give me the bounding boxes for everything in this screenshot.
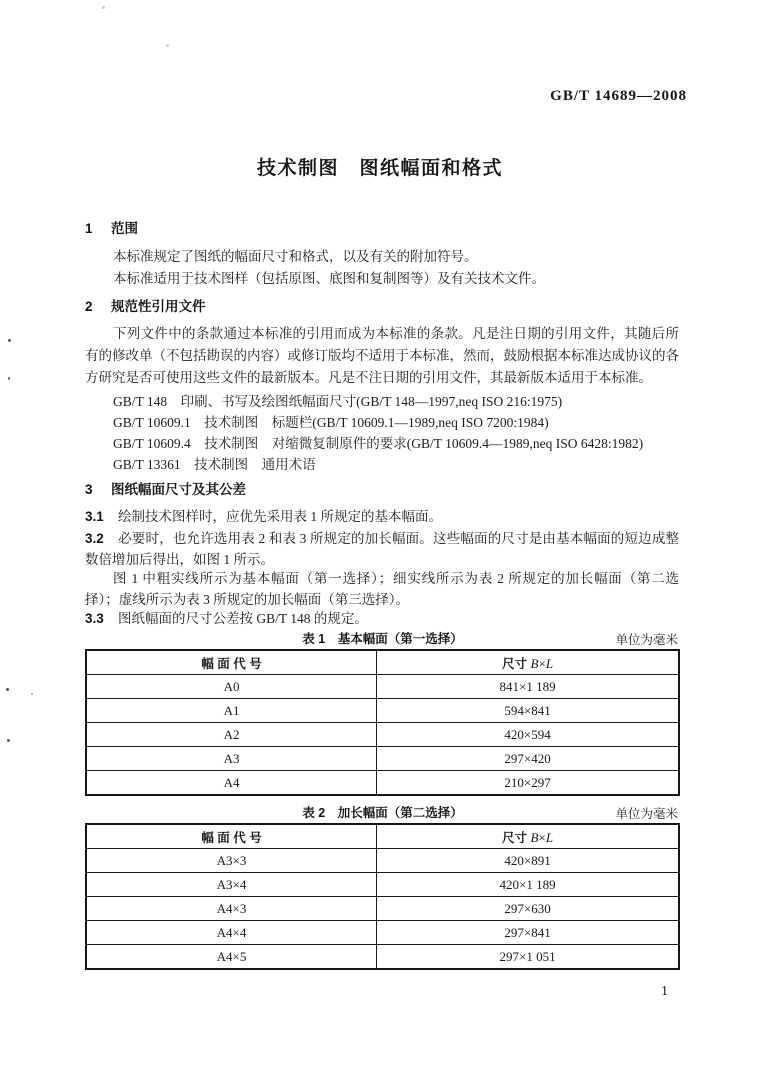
- section-1-number: 1: [85, 221, 111, 236]
- format-code-cell: A3×4: [86, 873, 377, 897]
- section-3-number: 3: [85, 482, 111, 497]
- clause-3-2: 3.2必要时，也允许选用表 2 和表 3 所规定的加长幅面。这些幅面的尺寸是由基…: [85, 528, 679, 570]
- section-2-number: 2: [85, 299, 111, 314]
- format-code-cell: A1: [86, 699, 377, 723]
- table-2-col-code-header: 幅 面 代 号: [86, 824, 377, 849]
- table-2-col-size-header: 尺寸 B×L: [377, 824, 679, 849]
- scan-speck: [7, 739, 10, 742]
- table-1-block: 表 1 基本幅面（第一选择） 单位为毫米 幅 面 代 号 尺寸 B×L A084…: [85, 629, 680, 796]
- table-row: A3×4420×1 189: [86, 873, 679, 897]
- table-header-row: 幅 面 代 号 尺寸 B×L: [86, 824, 679, 849]
- reference-list: GB/T 148 印刷、书写及绘图纸幅面尺寸(GB/T 148—1997,neq…: [85, 391, 679, 475]
- table-2: 幅 面 代 号 尺寸 B×L A3×3420×891 A3×4420×1 189…: [85, 823, 680, 970]
- reference-item: GB/T 148 印刷、书写及绘图纸幅面尺寸(GB/T 148—1997,neq…: [85, 391, 679, 412]
- format-code-cell: A0: [86, 675, 377, 699]
- reference-item: GB/T 13361 技术制图 通用术语: [85, 454, 679, 475]
- table-1-col-code-header: 幅 面 代 号: [86, 650, 377, 675]
- scan-speck: [102, 6, 105, 9]
- section-2-intro: 下列文件中的条款通过本标准的引用而成为本标准的条款。凡是注日期的引用文件，其随后…: [85, 323, 679, 389]
- table-row: A4×4297×841: [86, 921, 679, 945]
- format-code-cell: A2: [86, 723, 377, 747]
- size-cell: 297×841: [377, 921, 679, 945]
- table-1: 幅 面 代 号 尺寸 B×L A0841×1 189 A1594×841 A24…: [85, 649, 680, 796]
- scan-speck: [166, 44, 169, 47]
- format-code-cell: A3: [86, 747, 377, 771]
- table-1-caption-row: 表 1 基本幅面（第一选择） 单位为毫米: [85, 629, 680, 646]
- size-cell: 420×1 189: [377, 873, 679, 897]
- reference-item: GB/T 10609.4 技术制图 对缩微复制原件的要求(GB/T 10609.…: [85, 433, 679, 454]
- section-2-title: 规范性引用文件: [111, 299, 206, 314]
- table-row: A4×5297×1 051: [86, 945, 679, 970]
- table-row: A3×3420×891: [86, 849, 679, 873]
- section-1-paragraph-1: 本标准规定了图纸的幅面尺寸和格式，以及有关的附加符号。: [85, 246, 679, 268]
- table-1-unit-label: 单位为毫米: [615, 630, 678, 648]
- table-row: A4×3297×630: [86, 897, 679, 921]
- format-code-cell: A4×4: [86, 921, 377, 945]
- scan-speck: [8, 339, 11, 342]
- clause-3-3-number: 3.3: [85, 608, 118, 629]
- clause-3-1: 3.1绘制技术图样时，应优先采用表 1 所规定的基本幅面。: [85, 506, 679, 527]
- section-3-title: 图纸幅面尺寸及其公差: [111, 482, 246, 497]
- figure-1-note: 图 1 中粗实线所示为基本幅面（第一选择）；细实线所示为表 2 所规定的加长幅面…: [85, 568, 679, 610]
- format-code-cell: A4×3: [86, 897, 377, 921]
- size-cell: 297×1 051: [377, 945, 679, 970]
- format-code-cell: A3×3: [86, 849, 377, 873]
- table-2-caption-row: 表 2 加长幅面（第二选择） 单位为毫米: [85, 803, 680, 820]
- size-cell: 420×594: [377, 723, 679, 747]
- table-1-caption: 表 1 基本幅面（第一选择）: [302, 632, 462, 646]
- section-2-heading: 2规范性引用文件: [85, 295, 679, 315]
- page-number: 1: [661, 984, 668, 1000]
- standard-code: GB/T 14689—2008: [550, 88, 687, 105]
- scan-speck: [31, 693, 33, 695]
- scan-speck: [6, 688, 9, 691]
- size-cell: 594×841: [377, 699, 679, 723]
- table-2-caption: 表 2 加长幅面（第二选择）: [302, 806, 462, 820]
- clause-3-3-text: 图纸幅面的尺寸公差按 GB/T 148 的规定。: [118, 611, 368, 626]
- format-code-cell: A4×5: [86, 945, 377, 970]
- table-row: A4210×297: [86, 771, 679, 796]
- reference-item: GB/T 10609.1 技术制图 标题栏(GB/T 10609.1—1989,…: [85, 412, 679, 433]
- size-cell: 841×1 189: [377, 675, 679, 699]
- section-3-heading: 3图纸幅面尺寸及其公差: [85, 478, 679, 498]
- clause-3-1-text: 绘制技术图样时，应优先采用表 1 所规定的基本幅面。: [118, 509, 442, 524]
- section-1-paragraph-2: 本标准适用于技术图样（包括原图、底图和复制图等）及有关技术文件。: [85, 268, 679, 290]
- table-row: A3297×420: [86, 747, 679, 771]
- table-header-row: 幅 面 代 号 尺寸 B×L: [86, 650, 679, 675]
- size-cell: 420×891: [377, 849, 679, 873]
- table-row: A0841×1 189: [86, 675, 679, 699]
- table-2-block: 表 2 加长幅面（第二选择） 单位为毫米 幅 面 代 号 尺寸 B×L A3×3…: [85, 803, 680, 970]
- table-1-col-size-header: 尺寸 B×L: [377, 650, 679, 675]
- table-row: A2420×594: [86, 723, 679, 747]
- clause-3-2-text: 必要时，也允许选用表 2 和表 3 所规定的加长幅面。这些幅面的尺寸是由基本幅面…: [85, 531, 679, 567]
- table-2-unit-label: 单位为毫米: [615, 804, 678, 822]
- clause-3-2-number: 3.2: [85, 528, 118, 549]
- section-1-title: 范围: [111, 221, 138, 236]
- clause-3-3: 3.3图纸幅面的尺寸公差按 GB/T 148 的规定。: [85, 608, 679, 629]
- scan-speck: [8, 377, 10, 380]
- document-title: 技术制图 图纸幅面和格式: [0, 153, 760, 180]
- clause-3-1-number: 3.1: [85, 506, 118, 527]
- size-cell: 297×420: [377, 747, 679, 771]
- size-cell: 210×297: [377, 771, 679, 796]
- section-1-heading: 1范围: [85, 217, 679, 237]
- size-cell: 297×630: [377, 897, 679, 921]
- table-row: A1594×841: [86, 699, 679, 723]
- format-code-cell: A4: [86, 771, 377, 796]
